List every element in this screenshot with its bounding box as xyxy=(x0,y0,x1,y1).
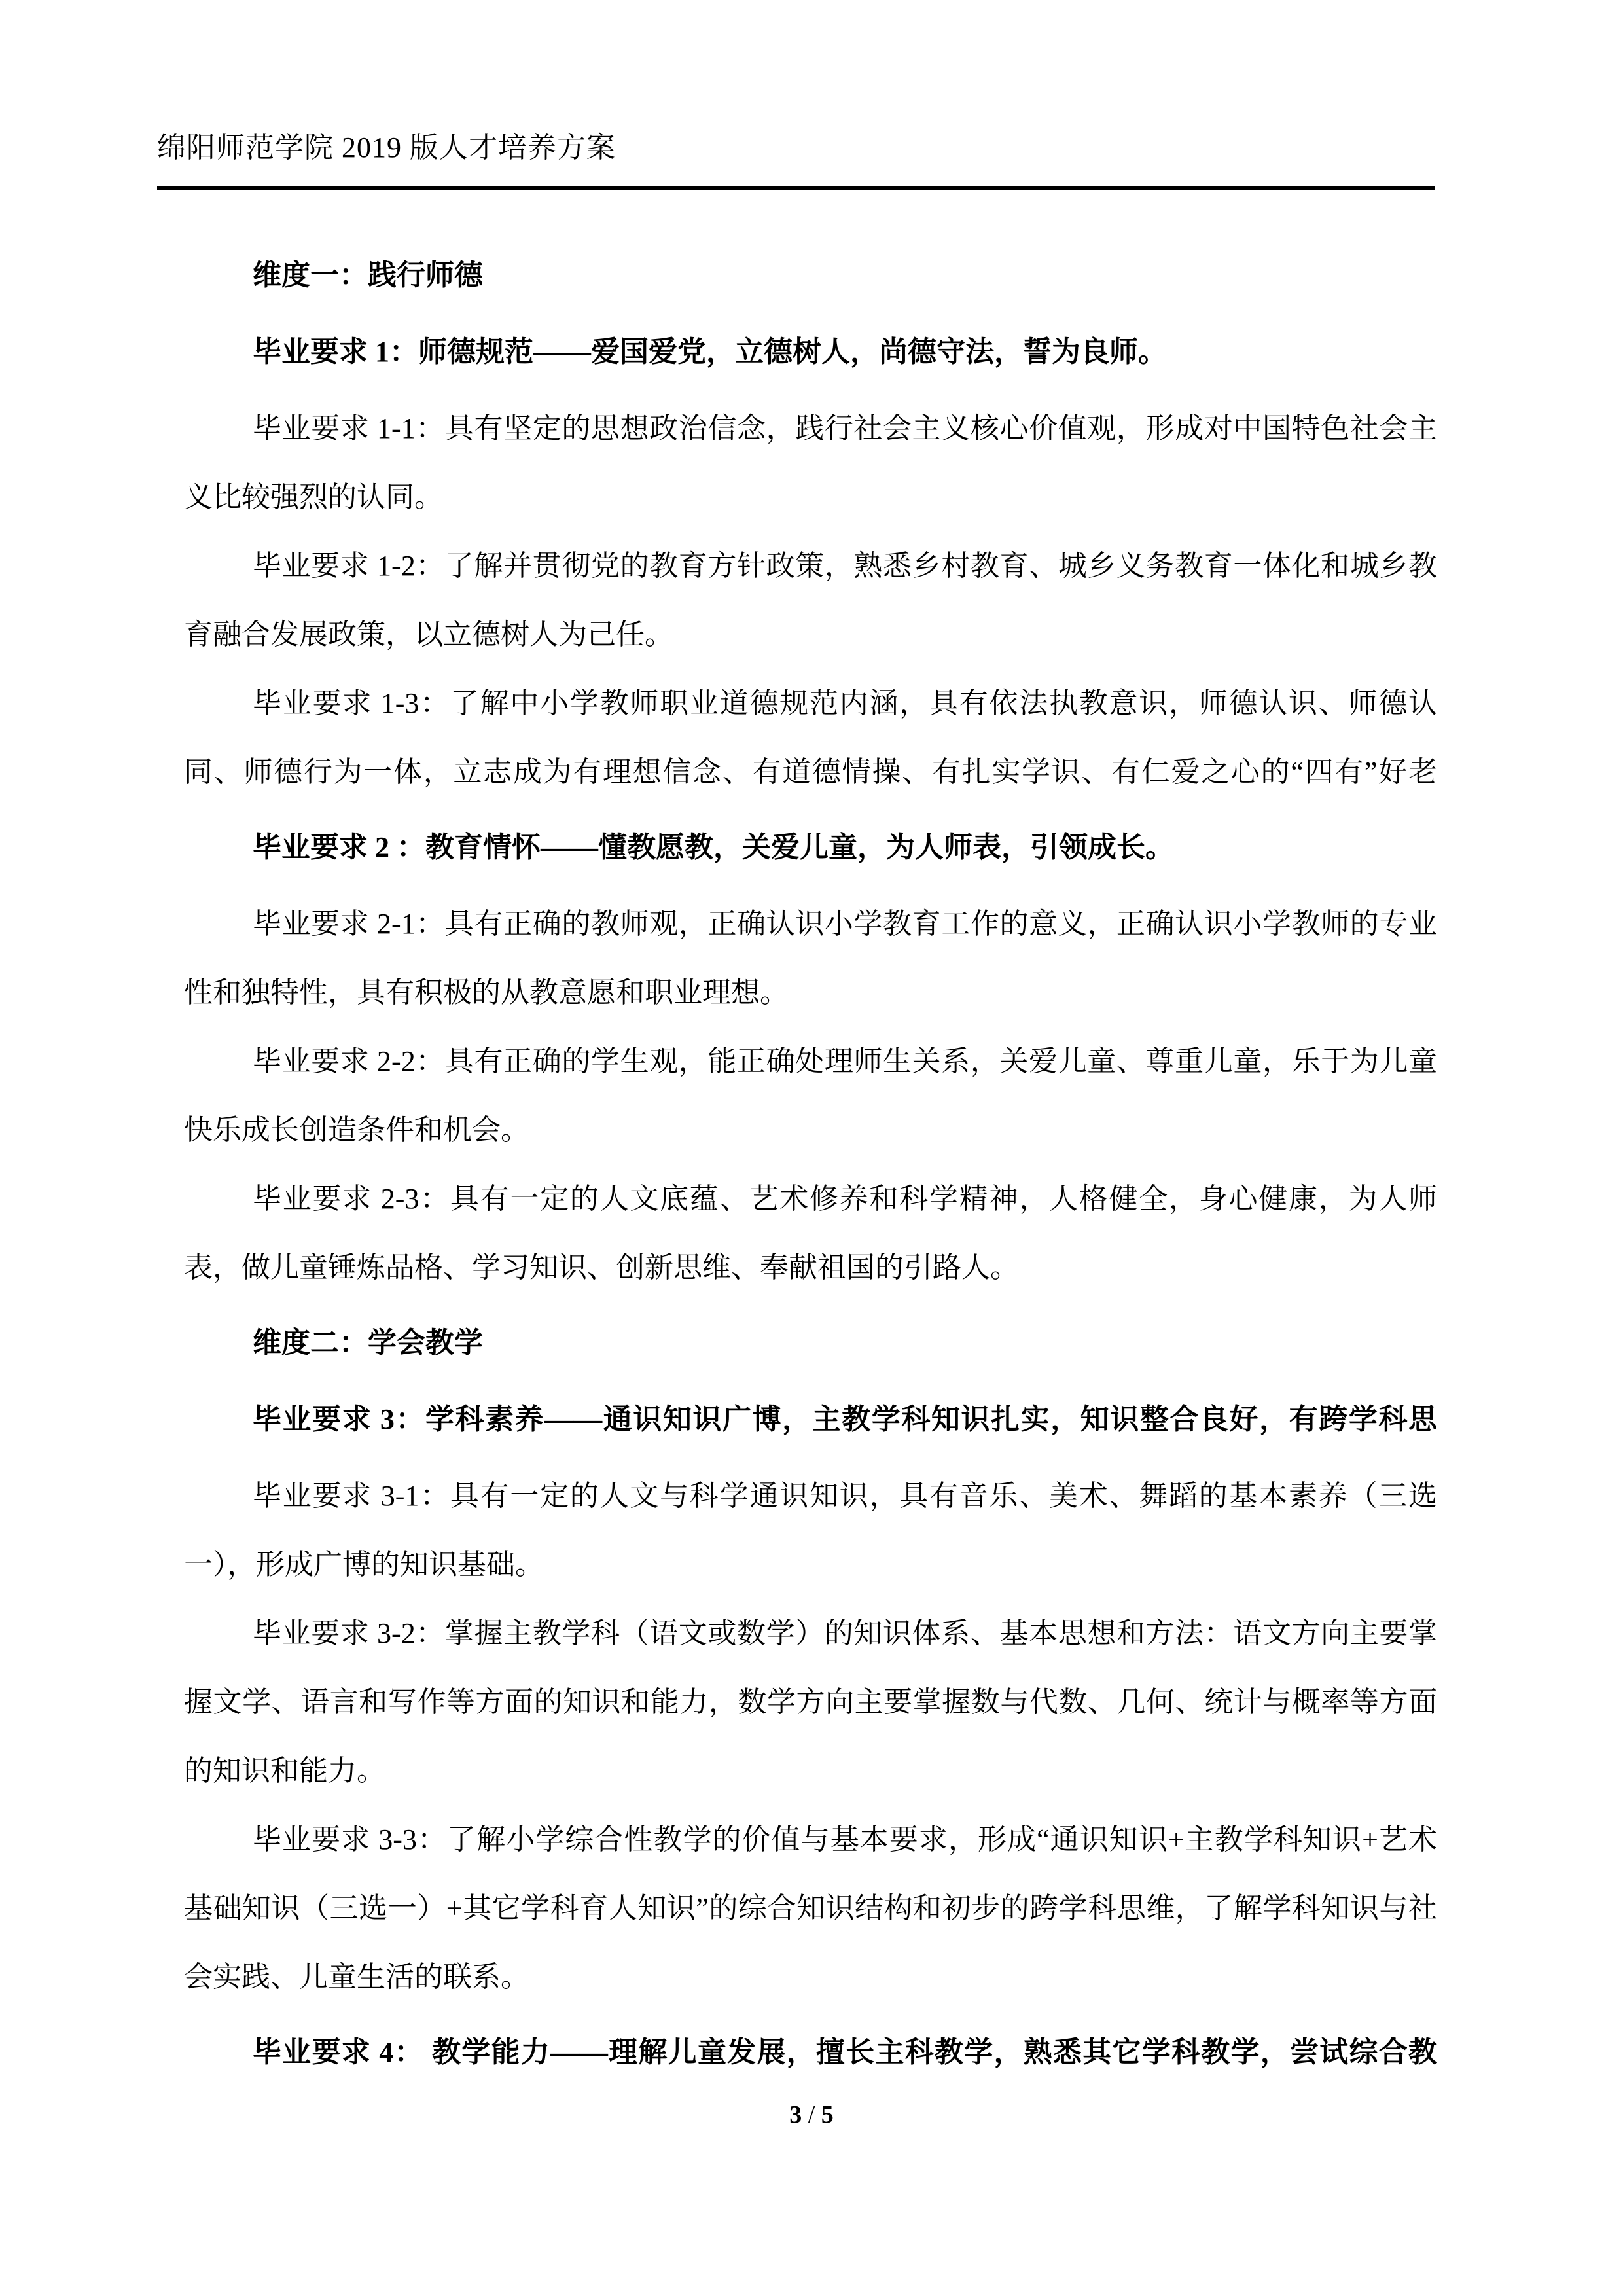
paragraph-requirement-3-3: 毕业要求 3-3：了解小学综合性教学的价值与基本要求，形成“通识知识+主教学科知… xyxy=(184,1805,1437,2011)
section-heading-dimension-1: 维度一：践行师德 xyxy=(184,241,1437,310)
graduation-requirement-2-heading: 毕业要求 2 ：教育情怀——懂教愿教，关爱儿童，为人师表，引领成长。 xyxy=(184,813,1437,882)
page-number-separator: / xyxy=(802,2101,821,2128)
paragraph-requirement-1-3: 毕业要求 1-3：了解中小学教师职业道德规范内涵，具有依法执教意识，师德认识、师… xyxy=(184,669,1437,806)
paragraph-requirement-2-2: 毕业要求 2-2：具有正确的学生观，能正确处理师生关系，关爱儿童、尊重儿童，乐于… xyxy=(184,1027,1437,1164)
paragraph-requirement-2-3: 毕业要求 2-3：具有一定的人文底蕴、艺术修养和科学精神，人格健全，身心健康，为… xyxy=(184,1164,1437,1302)
paragraph-requirement-2-1: 毕业要求 2-1：具有正确的教师观，正确认识小学教育工作的意义，正确认识小学教师… xyxy=(184,889,1437,1027)
paragraph-requirement-1-2: 毕业要求 1-2：了解并贯彻党的教育方针政策，熟悉乡村教育、城乡义务教育一体化和… xyxy=(184,531,1437,669)
paragraph-requirement-3-2: 毕业要求 3-2：掌握主教学科（语文或数学）的知识体系、基本思想和方法：语文方向… xyxy=(184,1599,1437,1805)
page-number-footer: 3 / 5 xyxy=(0,2100,1623,2130)
page-header-title: 绵阳师范学院 2019 版人才培养方案 xyxy=(157,128,1435,190)
section-heading-dimension-2: 维度二：学会教学 xyxy=(184,1308,1437,1377)
paragraph-requirement-1-1: 毕业要求 1-1：具有坚定的思想政治信念，践行社会主义核心价值观，形成对中国特色… xyxy=(184,394,1437,531)
graduation-requirement-4-heading: 毕业要求 4： 教学能力——理解儿童发展，擅长主科教学，熟悉其它学科教学，尝试综… xyxy=(184,2018,1437,2087)
paragraph-requirement-3-1: 毕业要求 3-1：具有一定的人文与科学通识知识，具有音乐、美术、舞蹈的基本素养（… xyxy=(184,1462,1437,1599)
total-page-count: 5 xyxy=(821,2101,834,2128)
graduation-requirement-1-heading: 毕业要求 1：师德规范——爱国爱党，立德树人，尚德守法，誓为良师。 xyxy=(184,317,1437,386)
document-body: 维度一：践行师德 毕业要求 1：师德规范——爱国爱党，立德树人，尚德守法，誓为良… xyxy=(184,234,1437,2094)
graduation-requirement-3-heading: 毕业要求 3：学科素养——通识知识广博，主教学科知识扎实，知识整合良好，有跨学科… xyxy=(184,1385,1437,1454)
current-page-number: 3 xyxy=(789,2101,802,2128)
document-page: 绵阳师范学院 2019 版人才培养方案 维度一：践行师德 毕业要求 1：师德规范… xyxy=(0,0,1623,2296)
